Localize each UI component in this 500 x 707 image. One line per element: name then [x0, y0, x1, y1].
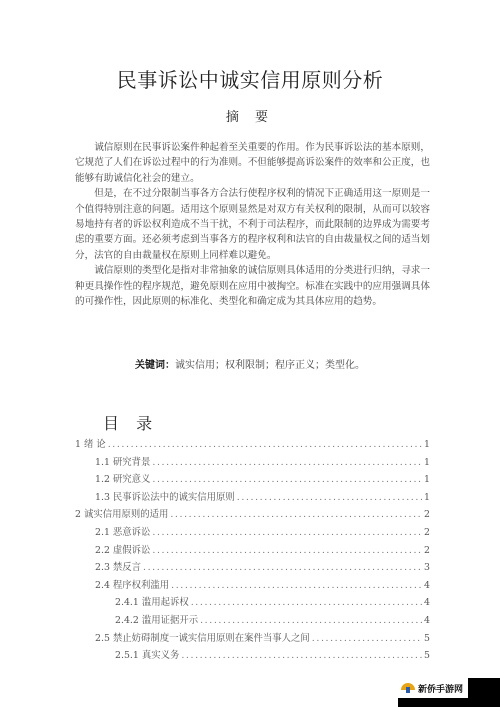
watermark-text: 新侨手游网 — [418, 682, 463, 695]
document-title: 民事诉讼中诚实信用原则分析 — [0, 64, 500, 93]
keywords: 关键词：诚实信用；权利限制；程序正义；类型化。 — [0, 356, 500, 371]
abstract-paragraph: 但是，在不过分限制当事各方合法行使程序权利的情况下正确适用这一原则是一个值得特别… — [75, 186, 430, 263]
toc-entry[interactable]: 1.2 研究意义................................… — [75, 471, 430, 489]
toc-entry[interactable]: 2.2 虚假诉讼................................… — [75, 542, 430, 560]
keywords-label: 关键词： — [135, 360, 175, 371]
watermark: 新侨手游网 — [398, 678, 500, 707]
toc-entry[interactable]: 2.4.1 滥用起诉权.............................… — [75, 594, 430, 612]
toc-entry[interactable]: 2.1 恶意诉讼................................… — [75, 524, 430, 542]
toc-entry[interactable]: 2.5.1 真实义务..............................… — [75, 647, 430, 665]
toc-entry[interactable]: 1.3 民事诉讼法中的诚实信用原则.......................… — [75, 489, 430, 507]
abstract-paragraph: 诚信原则在民事诉讼案件种起着至关重要的作用。作为民事诉讼法的基本原则，它规范了人… — [75, 140, 430, 186]
abstract-heading: 摘 要 — [0, 106, 500, 125]
toc-entry[interactable]: 1.1 研究背景................................… — [75, 454, 430, 472]
house-logo-icon — [401, 683, 415, 693]
toc-entry[interactable]: 2.5 禁止妨碍制度一诚实信用原则在案件当事人之间...............… — [75, 630, 430, 648]
toc-heading: 目 录 — [103, 411, 158, 434]
abstract-paragraph: 诚信原则的类型化是指对非常抽象的诚信原则具体适用的分类进行归纳，寻求一种更具操作… — [75, 263, 430, 309]
table-of-contents: 1 绪 论...................................… — [75, 436, 430, 665]
toc-entry[interactable]: 1 绪 论...................................… — [75, 436, 430, 454]
toc-entry[interactable]: 2.4 程序权利滥用..............................… — [75, 577, 430, 595]
toc-entry[interactable]: 2.3 禁反言.................................… — [75, 559, 430, 577]
abstract-body: 诚信原则在民事诉讼案件种起着至关重要的作用。作为民事诉讼法的基本原则，它规范了人… — [75, 140, 430, 309]
toc-entry[interactable]: 2.4.2 滥用证据开示............................… — [75, 612, 430, 630]
keywords-value: 诚实信用；权利限制；程序正义；类型化。 — [175, 360, 365, 371]
toc-entry[interactable]: 2 诚实信用原则的适用.............................… — [75, 506, 430, 524]
